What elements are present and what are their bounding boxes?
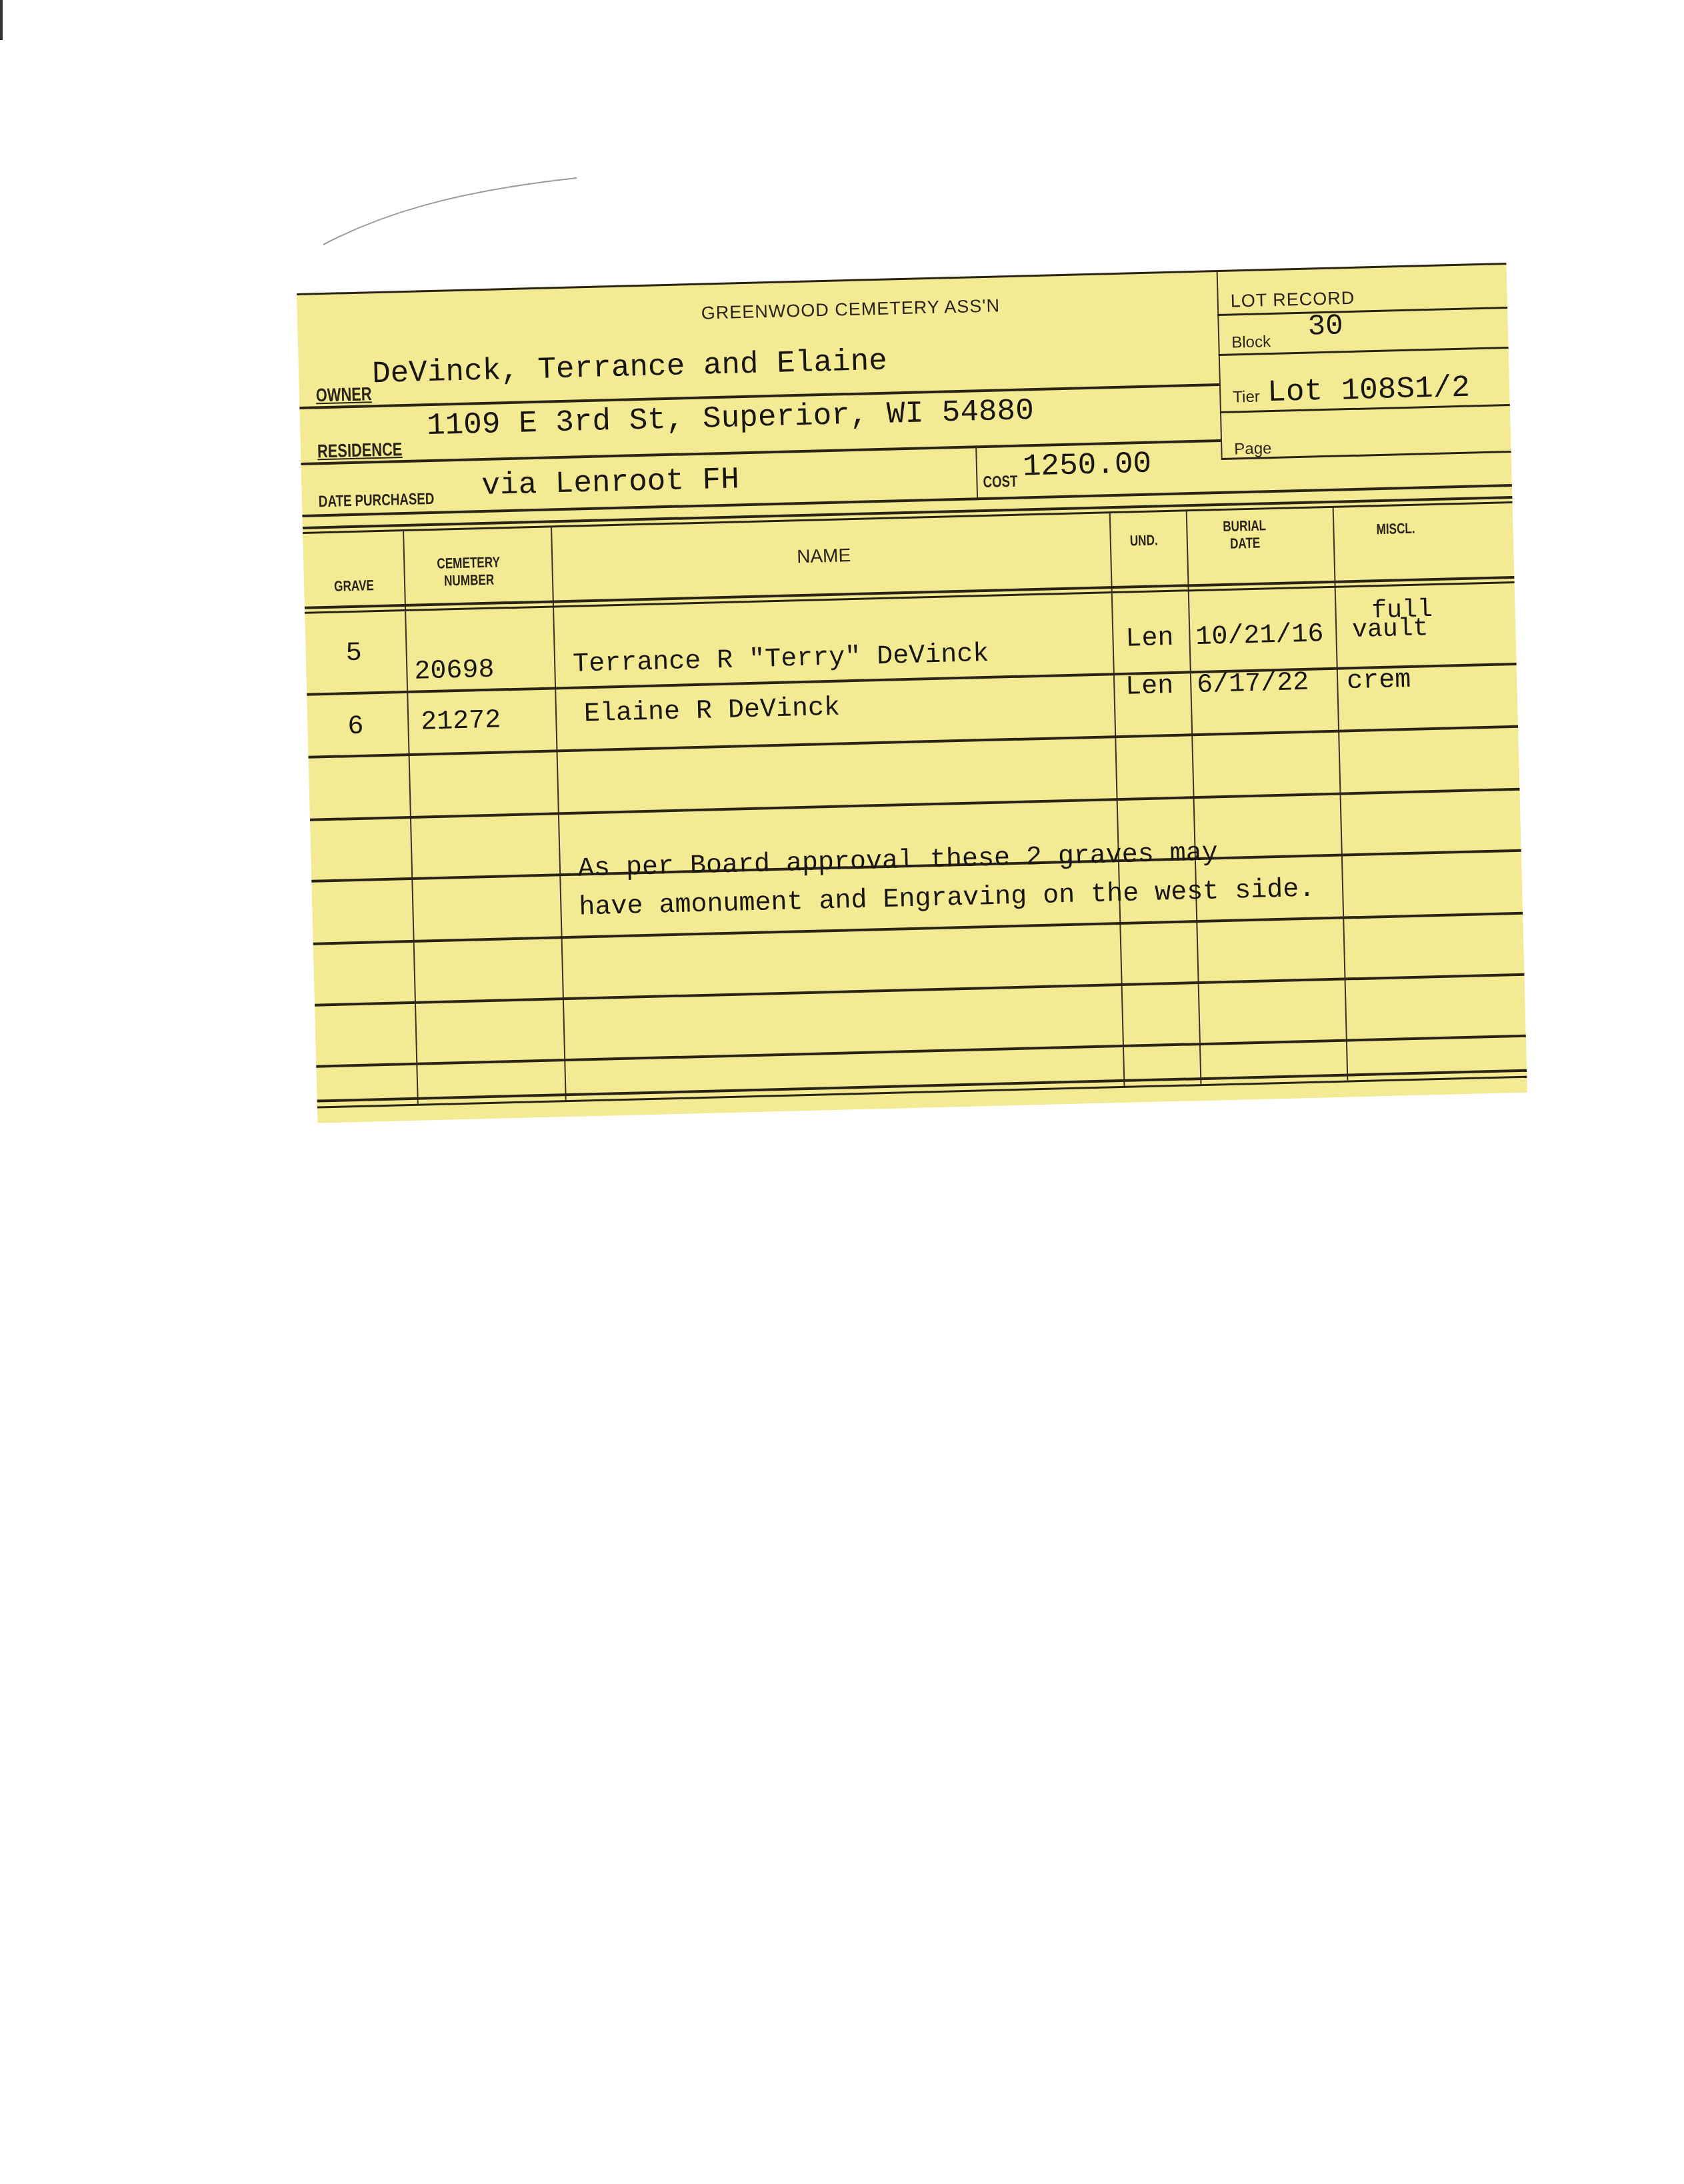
- row3-rule: [310, 788, 1520, 821]
- table-bottom-rule-1: [317, 1069, 1527, 1103]
- board-note-line-1: As per Board approval these 2 graves may: [577, 838, 1218, 884]
- pencil-stray-mark: [320, 175, 580, 248]
- lot-record-divider: [1217, 270, 1223, 458]
- col-burial-header-2: DATE: [1230, 535, 1261, 553]
- col-grave-header: GRAVE: [334, 577, 374, 595]
- col-und-header: UND.: [1129, 531, 1158, 549]
- col-burial-header-1: BURIAL: [1223, 517, 1266, 535]
- row7-rule: [316, 1035, 1526, 1068]
- date-purchased-label: DATE PURCHASED: [319, 490, 435, 511]
- row2-und: Len: [1125, 671, 1174, 703]
- col-name-header: NAME: [797, 545, 851, 567]
- date-purchased-value: via Lenroot FH: [481, 462, 740, 503]
- row5-rule: [313, 912, 1523, 945]
- row2-miscl-1: crem: [1347, 665, 1411, 697]
- cost-label: COST: [983, 473, 1018, 492]
- tier-label: Tier: [1233, 387, 1260, 407]
- association-title: GREENWOOD CEMETERY ASS'N: [617, 293, 1085, 326]
- lot-record-title: LOT RECORD: [1230, 288, 1355, 312]
- residence-label: RESIDENCE: [317, 439, 403, 462]
- block-label: Block: [1231, 333, 1271, 352]
- owner-value: DeVinck, Terrance and Elaine: [371, 344, 887, 392]
- cost-divider: [975, 445, 978, 499]
- col-cemetery-header-1: CEMETERY: [437, 553, 500, 572]
- row2-cemetery-number: 21272: [421, 705, 501, 737]
- board-note-line-2: have amonument and Engraving on the west…: [579, 875, 1315, 923]
- row6-rule: [315, 973, 1525, 1007]
- row1-miscl-2: vault: [1352, 614, 1429, 645]
- row1-burial-date: 10/21/16: [1195, 619, 1324, 653]
- table-top-rule-2: [303, 501, 1512, 534]
- table-bottom-rule-2: [317, 1076, 1527, 1109]
- row1-name: Terrance R "Terry" DeVinck: [573, 639, 989, 680]
- block-value: 30: [1307, 309, 1343, 343]
- col-cemetery-header-2: NUMBER: [444, 571, 495, 590]
- page-label: Page: [1234, 439, 1272, 459]
- lot-record-card: GREENWOOD CEMETERY ASS'N LOT RECORD Bloc…: [297, 263, 1527, 1123]
- cost-value: 1250.00: [1022, 447, 1151, 485]
- row2-grave: 6: [347, 712, 364, 743]
- row1-und: Len: [1125, 623, 1174, 655]
- owner-label: OWNER: [315, 383, 371, 406]
- col-miscl-header: MISCL.: [1376, 520, 1415, 538]
- row2-burial-date: 6/17/22: [1197, 668, 1309, 701]
- tier-value: Lot 108S1/2: [1267, 371, 1471, 411]
- row1-grave: 5: [345, 639, 362, 669]
- row2-name: Elaine R DeVinck: [584, 693, 841, 730]
- row1-cemetery-number: 20698: [414, 655, 495, 687]
- scan-edge-mark: [0, 0, 3, 40]
